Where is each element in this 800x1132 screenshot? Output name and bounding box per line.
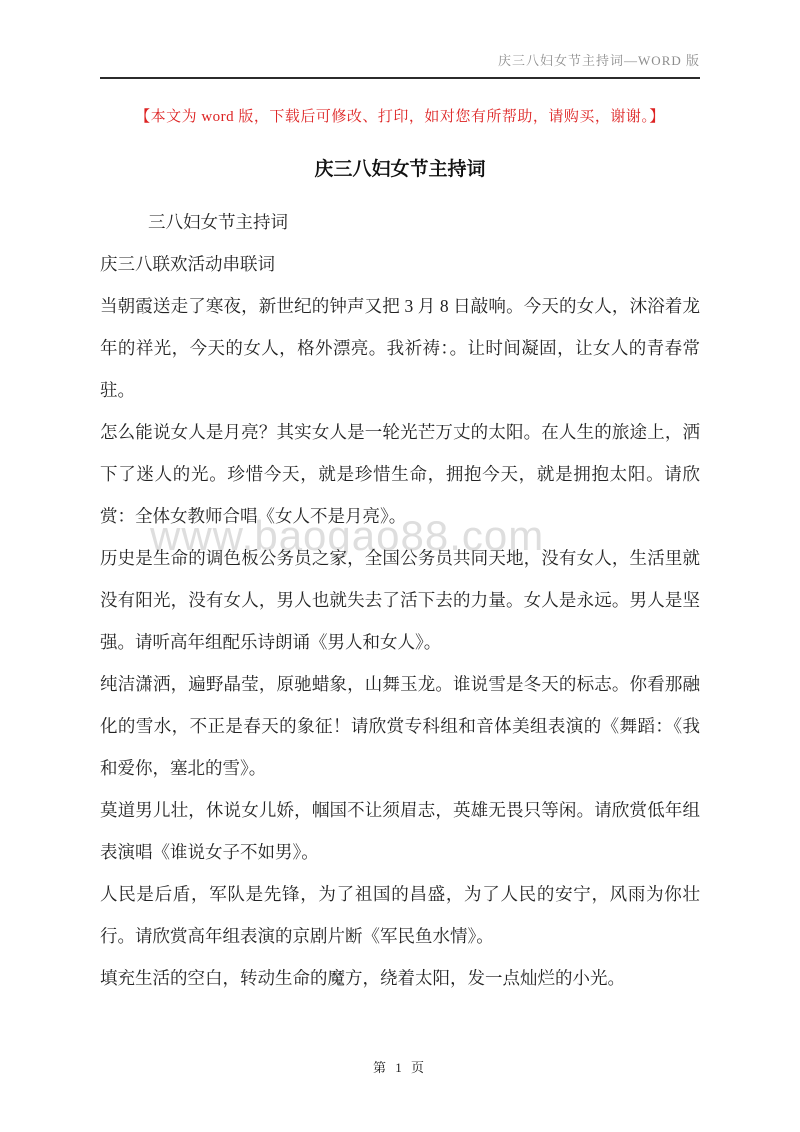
document-title: 庆三八妇女节主持词 [100,154,700,181]
paragraph: 填充生活的空白，转动生命的魔方，绕着太阳，发一点灿烂的小光。 [100,957,700,999]
page-footer: 第 1 页 [0,1057,800,1076]
header-rule [100,77,700,79]
document-page: www.baogao88.com 庆三八妇女节主持词—WORD 版 【本文为 w… [0,0,800,1132]
paragraph: 历史是生命的调色板公务员之家，全国公务员共同天地，没有女人，生活里就没有阳光，没… [100,537,700,663]
paragraph: 庆三八联欢活动串联词 [100,243,700,285]
header-title: 庆三八妇女节主持词—WORD 版 [498,53,700,68]
page-header: 庆三八妇女节主持词—WORD 版 [100,50,700,69]
paragraph: 怎么能说女人是月亮？其实女人是一轮光芒万丈的太阳。在人生的旅途上，洒下了迷人的光… [100,411,700,537]
paragraph: 当朝霞送走了寒夜，新世纪的钟声又把 3 月 8 日敲响。今天的女人，沐浴着龙年的… [100,285,700,411]
paragraph: 人民是后盾，军队是先锋，为了祖国的昌盛，为了人民的安宁，风雨为你壮行。请欣赏高年… [100,873,700,957]
purchase-notice: 【本文为 word 版，下载后可修改、打印，如对您有所帮助，请购买，谢谢。】 [90,105,710,126]
paragraph: 纯洁潇洒，遍野晶莹，原驰蜡象，山舞玉龙。谁说雪是冬天的标志。你看那融化的雪水，不… [100,663,700,789]
document-body: 三八妇女节主持词 庆三八联欢活动串联词 当朝霞送走了寒夜，新世纪的钟声又把 3 … [100,201,700,999]
paragraph: 三八妇女节主持词 [100,201,700,243]
paragraph: 莫道男儿壮，休说女儿娇，帼国不让须眉志，英雄无畏只等闲。请欣赏低年组表演唱《谁说… [100,789,700,873]
